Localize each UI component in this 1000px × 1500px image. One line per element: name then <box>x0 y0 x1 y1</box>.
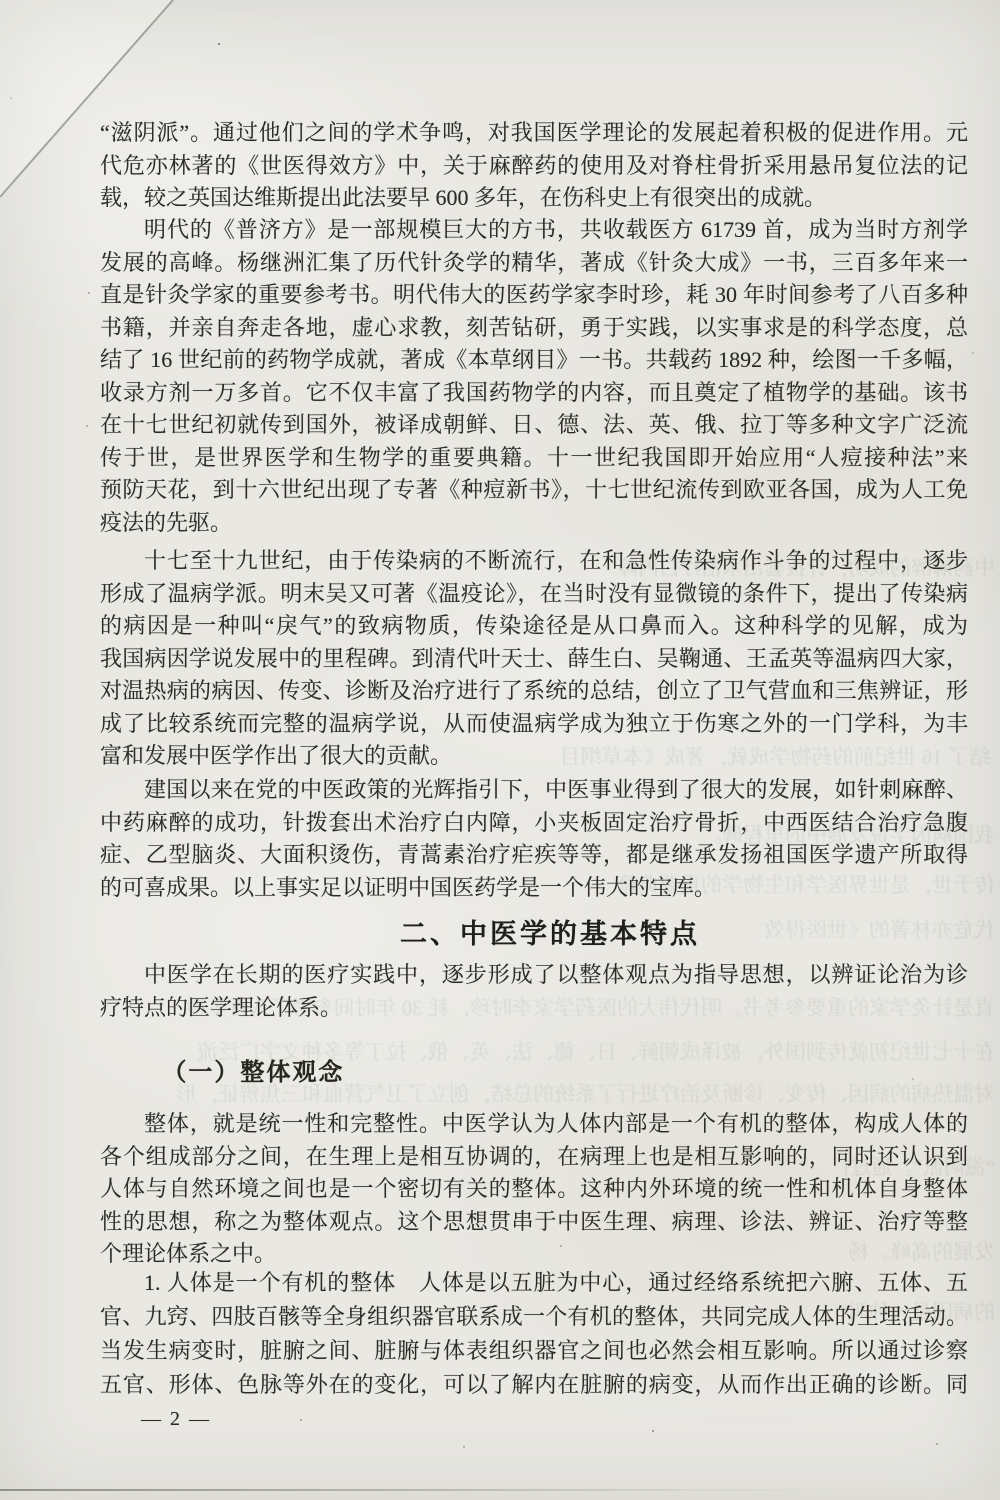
text-line: 当发生病变时，脏腑之间、脏腑与体表组织器官之间也必然会相互影响。所以通过诊察 <box>100 1334 968 1368</box>
text-line: 对温热病的病因、传变、诊断及治疗进行了系统的总结，创立了卫气营血和三焦辨证，形 <box>100 675 968 708</box>
text-line: 整体，就是统一性和完整性。中医学认为人体内部是一个有机的整体，构成人体的 <box>100 1108 968 1141</box>
text-line: 的可喜成果。以上事实足以证明中国医药学是一个伟大的宝库。 <box>100 872 968 905</box>
text-line: 中医学在长期的医疗实践中，逐步形成了以整体观点为指导思想，以辨证论治为诊 <box>100 959 968 992</box>
text-line: 收录方剂一万多首。它不仅丰富了我国药物学的内容，而且奠定了植物学的基础。该书 <box>100 377 968 410</box>
text-line: 建国以来在党的中医政策的光辉指引下，中医事业得到了很大的发展，如针刺麻醉、 <box>100 774 968 807</box>
text-line: 书籍，并亲自奔走各地，虚心求教，刻苦钻研，勇于实践，以实事求是的科学态度，总 <box>100 312 968 345</box>
scan-bottom-band <box>0 1491 1000 1500</box>
paragraph: 中医学在长期的医疗实践中，逐步形成了以整体观点为指导思想，以辨证论治为诊 疗特点… <box>100 959 968 1024</box>
text-line: 官、九窍、四肢百骸等全身组织器官联系成一个有机的整体，共同完成人体的生理活动。 <box>100 1300 968 1334</box>
text-line: “滋阴派”。通过他们之间的学术争鸣，对我国医学理论的发展起着积极的促进作用。元 <box>100 117 968 150</box>
paragraph: 整体，就是统一性和完整性。中医学认为人体内部是一个有机的整体，构成人体的 各个组… <box>100 1108 968 1271</box>
text-line: 疫法的先驱。 <box>100 507 968 540</box>
text-line: 性的思想，称之为整体观点。这个思想贯串于中医生理、病理、诊法、辨证、治疗等整 <box>100 1206 968 1239</box>
text-line: 1. 人体是一个有机的整体 人体是以五脏为中心，通过经络系统把六腑、五体、五 <box>100 1266 968 1300</box>
text-line: 形成了温病学派。明末吴又可著《温疫论》，在当时没有显微镜的条件下，提出了传染病 <box>100 578 968 611</box>
text-line: 代危亦林著的《世医得效方》中，关于麻醉药的使用及对脊柱骨折采用悬吊复位法的记 <box>100 150 968 183</box>
scanned-document-page: 中药麻醉的成功，针拨套出术治疗白内障，小夹板固定治疗骨折，中西医结合治疗急腹 结… <box>0 0 1000 1500</box>
paragraph: “滋阴派”。通过他们之间的学术争鸣，对我国医学理论的发展起着积极的促进作用。元 … <box>100 117 968 215</box>
text-line: 明代的《普济方》是一部规模巨大的方书，共收载医方 61739 首，成为当时方剂学 <box>100 214 968 247</box>
text-line: 症、乙型脑炎、大面积烫伤，青蒿素治疗疟疾等等，都是继承发扬祖国医学遗产所取得 <box>100 839 968 872</box>
text-line: 我国病因学说发展中的里程碑。到清代叶天士、薛生白、吴鞠通、王孟英等温病四大家， <box>100 643 968 676</box>
text-line: 传于世，是世界医学和生物学的重要典籍。十一世纪我国即开始应用“人痘接种法”来 <box>100 442 968 475</box>
text-line: 载，较之英国达维斯提出此法要早 600 多年，在伤科史上有很突出的成就。 <box>100 182 968 215</box>
text-line: 疗特点的医学理论体系。 <box>100 992 968 1025</box>
text-line: 各个组成部分之间，在生理上是相互协调的，在病理上也是相互影响的，同时还认识到 <box>100 1141 968 1174</box>
page-number: — 2 — <box>141 1408 211 1431</box>
text-line: 十七至十九世纪，由于传染病的不断流行，在和急性传染病作斗争的过程中，逐步 <box>100 545 968 578</box>
paragraph: 十七至十九世纪，由于传染病的不断流行，在和急性传染病作斗争的过程中，逐步 形成了… <box>100 545 968 773</box>
subsection-heading: （一）整体观念 <box>100 1052 344 1087</box>
text-line: 成了比较系统而完整的温病学说，从而使温病学成为独立于伤寒之外的一门学科，为丰 <box>100 708 968 741</box>
text-line: 发展的高峰。杨继洲汇集了历代针灸学的精华，著成《针灸大成》一书，三百多年来一 <box>100 247 968 280</box>
text-line: 五官、形体、色脉等外在的变化，可以了解内在脏腑的病变，从而作出正确的诊断。同 <box>100 1368 968 1402</box>
text-line: 结了 16 世纪前的药物学成就，著成《本草纲目》一书。共载药 1892 种，绘图… <box>100 344 968 377</box>
text-line: 在十七世纪初就传到国外，被译成朝鲜、日、德、法、英、俄、拉丁等多种文字广泛流 <box>100 409 968 442</box>
text-line: 预防天花，到十六世纪出现了专著《种痘新书》，十七世纪流传到欧亚各国，成为人工免 <box>100 474 968 507</box>
paragraph: 建国以来在党的中医政策的光辉指引下，中医事业得到了很大的发展，如针刺麻醉、 中药… <box>100 774 968 904</box>
text-line: 富和发展中医学作出了很大的贡献。 <box>100 740 968 773</box>
paragraph: 明代的《普济方》是一部规模巨大的方书，共收载医方 61739 首，成为当时方剂学… <box>100 214 968 539</box>
paragraph: 1. 人体是一个有机的整体 人体是以五脏为中心，通过经络系统把六腑、五体、五 官… <box>100 1266 968 1402</box>
text-line: 人体与自然环境之间也是一个密切有关的整体。这种内外环境的统一性和机体自身整体 <box>100 1173 968 1206</box>
text-line: 中药麻醉的成功，针拨套出术治疗白内障，小夹板固定治疗骨折，中西医结合治疗急腹 <box>100 807 968 840</box>
text-line: 的病因是一种叫“戾气”的致病物质，传染途径是从口鼻而入。这种科学的见解，成为 <box>100 610 968 643</box>
text-line: 直是针灸学家的重要参考书。明代伟大的医药学家李时珍，耗 30 年时间参考了八百多… <box>100 279 968 312</box>
section-heading: 二、中医学的基本特点 <box>116 912 984 951</box>
